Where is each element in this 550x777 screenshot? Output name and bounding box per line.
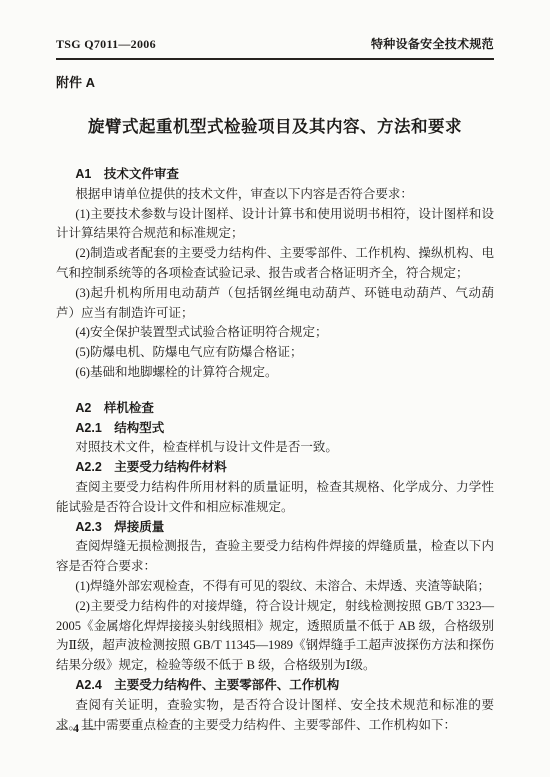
attachment-label: 附件 A xyxy=(56,72,494,91)
paragraph: 对照技术文件，检查样机与设计文件是否一致。 xyxy=(56,438,494,458)
document-body: A1 技术文件审查根据申请单位提供的技术文件，审查以下内容是否符合要求：(1)主… xyxy=(56,165,494,735)
section-heading: A2.3 焊接质量 xyxy=(56,518,494,538)
paragraph: (3)起升机构所用电动葫芦（包括钢丝绳电动葫芦、环链电动葫芦、气动葫芦）应当有制… xyxy=(56,284,494,324)
section-heading: A2.4 主要受力结构件、主要零部件、工作机构 xyxy=(56,676,494,696)
paragraph: (1)主要技术参数与设计图样、设计计算书和使用说明书相符，设计图样和设计计算结果… xyxy=(56,205,494,245)
page-content: TSG Q7011—2006 特种设备安全技术规范 附件 A 旋臂式起重机型式检… xyxy=(56,0,494,735)
document-page: TSG Q7011—2006 特种设备安全技术规范 附件 A 旋臂式起重机型式检… xyxy=(0,0,550,777)
paragraph: 查阅焊缝无损检测报告，查验主要受力结构件焊接的焊缝质量，检查以下内容是否符合要求… xyxy=(56,537,494,577)
section-heading: A2.2 主要受力结构件材料 xyxy=(56,458,494,478)
paragraph: 根据申请单位提供的技术文件，审查以下内容是否符合要求： xyxy=(56,185,494,205)
paragraph: (6)基础和地脚螺栓的计算符合规定。 xyxy=(56,363,494,383)
paragraph: (4)安全保护装置型式试验合格证明符合规定； xyxy=(56,323,494,343)
spec-name: 特种设备安全技术规范 xyxy=(371,35,494,52)
page-number: — 4 — xyxy=(56,721,97,736)
page-header: TSG Q7011—2006 特种设备安全技术规范 xyxy=(56,35,494,60)
paragraph: (2)主要受力结构件的对接焊缝，符合设计规定，射线检测按照 GB/T 3323—… xyxy=(56,597,494,676)
section-heading: A2.1 结构型式 xyxy=(56,419,494,439)
paragraph: (2)制造或者配套的主要受力结构件、主要零部件、工作机构、操纵机构、电气和控制系… xyxy=(56,244,494,284)
section-heading: A2 样机检查 xyxy=(56,399,494,419)
paragraph: (1)焊缝外部宏观检查，不得有可见的裂纹、未溶合、未焊透、夹渣等缺陷； xyxy=(56,577,494,597)
section-heading: A1 技术文件审查 xyxy=(56,165,494,185)
paragraph: 查阅有关证明，查验实物，是否符合设计图样、安全技术规范和标准的要求。其中需要重点… xyxy=(56,696,494,736)
page-title: 旋臂式起重机型式检验项目及其内容、方法和要求 xyxy=(56,113,494,137)
paragraph: (5)防爆电机、防爆电气应有防爆合格证； xyxy=(56,343,494,363)
doc-code: TSG Q7011—2006 xyxy=(56,37,156,52)
paragraph: 查阅主要受力结构件所用材料的质量证明，检查其规格、化学成分、力学性能试验是否符合… xyxy=(56,478,494,518)
